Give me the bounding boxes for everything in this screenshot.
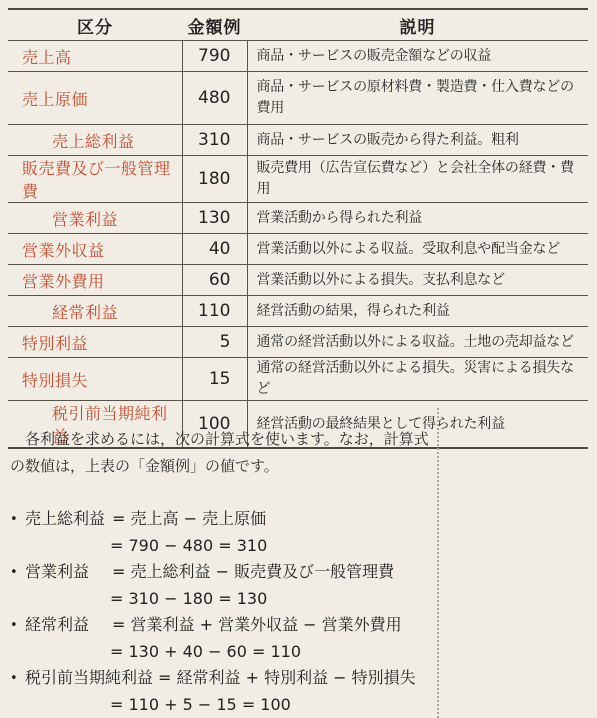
amount-cell: 5 xyxy=(182,327,247,358)
amount-cell: 310 xyxy=(182,125,247,156)
formula-line: •税引前当期純利益= 経常利益 + 特別利益 − 特別損失 xyxy=(10,665,450,692)
formula-calculation: = 130 + 40 − 60 = 110 xyxy=(110,639,450,665)
bullet-icon: • xyxy=(10,507,25,533)
amount-cell: 130 xyxy=(182,203,247,234)
scanned-textbook-page: 区分 金額例 説明 売上高 790 商品・サービスの販売金額などの収益 売上原価… xyxy=(0,0,597,718)
formula-name: 経常利益 xyxy=(25,612,107,638)
table-row-eigyorieki: 営業利益 130 営業活動から得られた利益 xyxy=(8,203,588,234)
amount-cell: 110 xyxy=(182,296,247,327)
header-amount-example: 金額例 xyxy=(182,9,247,41)
category-cell: 特別利益 xyxy=(8,327,182,358)
page-column-divider xyxy=(437,408,439,718)
amount-cell: 180 xyxy=(182,156,247,203)
formula-calculation: = 110 + 5 − 15 = 100 xyxy=(110,692,450,718)
table-row-uriagegenka: 売上原価 480 商品・サービスの原材料費・製造費・仕入費などの費用 xyxy=(8,72,588,125)
table-row-eigyogaihiyo: 営業外費用 60 営業活動以外による損失。支払利息など xyxy=(8,265,588,296)
category-cell: 売上高 xyxy=(8,41,182,72)
formula-item-operating-profit: •営業利益= 売上総利益 − 販売費及び一般管理費 = 310 − 180 = … xyxy=(10,559,450,612)
table-row-hanbaihi: 販売費及び一般管理費 180 販売費用（広告宣伝費など）と会社全体の経費・費用 xyxy=(8,156,588,203)
category-cell: 営業外収益 xyxy=(8,234,182,265)
formula-list: •売上総利益= 売上高 − 売上原価 = 790 − 480 = 310 •営業… xyxy=(10,506,450,718)
table-header-row: 区分 金額例 説明 xyxy=(8,9,588,41)
formula-calculation: = 790 − 480 = 310 xyxy=(110,533,450,559)
formula-name: 売上総利益 xyxy=(25,506,107,532)
formula-expression: = 売上総利益 − 販売費及び一般管理費 xyxy=(112,562,394,581)
bullet-icon: • xyxy=(10,560,25,586)
intro-paragraph: 各利益を求めるには，次の計算式を使います。なお，計算式の数値は，上表の「金額例」… xyxy=(10,426,438,480)
description-cell: 営業活動から得られた利益 xyxy=(247,203,588,234)
description-cell: 通常の経営活動以外による収益。土地の売却益など xyxy=(247,327,588,358)
category-cell: 販売費及び一般管理費 xyxy=(8,156,182,203)
category-cell: 売上総利益 xyxy=(8,125,182,156)
formula-expression: = 売上高 − 売上原価 xyxy=(112,509,266,528)
category-cell: 営業利益 xyxy=(8,203,182,234)
table-row-tokubetsurieki: 特別利益 5 通常の経営活動以外による収益。土地の売却益など xyxy=(8,327,588,358)
table-row-uriagesorieki: 売上総利益 310 商品・サービスの販売から得た利益。粗利 xyxy=(8,125,588,156)
formula-calculation: = 310 − 180 = 130 xyxy=(110,586,450,612)
description-cell: 経営活動の結果，得られた利益 xyxy=(247,296,588,327)
description-cell: 商品・サービスの原材料費・製造費・仕入費などの費用 xyxy=(247,72,588,125)
description-cell: 販売費用（広告宣伝費など）と会社全体の経費・費用 xyxy=(247,156,588,203)
description-cell: 商品・サービスの販売金額などの収益 xyxy=(247,41,588,72)
table-row-keijorieki: 経常利益 110 経営活動の結果，得られた利益 xyxy=(8,296,588,327)
category-cell: 営業外費用 xyxy=(8,265,182,296)
description-cell: 営業活動以外による損失。支払利息など xyxy=(247,265,588,296)
amount-cell: 480 xyxy=(182,72,247,125)
formula-name: 営業利益 xyxy=(25,559,107,585)
formula-line: •売上総利益= 売上高 − 売上原価 xyxy=(10,506,450,533)
bullet-icon: • xyxy=(10,613,25,639)
explanation-section: 各利益を求めるには，次の計算式を使います。なお，計算式の数値は，上表の「金額例」… xyxy=(10,390,450,718)
formula-item-pretax-profit: •税引前当期純利益= 経常利益 + 特別利益 − 特別損失 = 110 + 5 … xyxy=(10,665,450,718)
amount-cell: 40 xyxy=(182,234,247,265)
category-cell: 経常利益 xyxy=(8,296,182,327)
description-cell: 営業活動以外による収益。受取利息や配当金など xyxy=(247,234,588,265)
formula-item-ordinary-profit: •経常利益= 営業利益 + 営業外収益 − 営業外費用 = 130 + 40 −… xyxy=(10,612,450,665)
formula-line: •経常利益= 営業利益 + 営業外収益 − 営業外費用 xyxy=(10,612,450,639)
amount-cell: 790 xyxy=(182,41,247,72)
income-statement-table: 区分 金額例 説明 売上高 790 商品・サービスの販売金額などの収益 売上原価… xyxy=(8,8,588,449)
formula-expression: = 営業利益 + 営業外収益 − 営業外費用 xyxy=(112,615,402,634)
header-category: 区分 xyxy=(8,9,182,41)
category-cell: 売上原価 xyxy=(8,72,182,125)
table-row-eigyogaishueki: 営業外収益 40 営業活動以外による収益。受取利息や配当金など xyxy=(8,234,588,265)
description-cell: 商品・サービスの販売から得た利益。粗利 xyxy=(247,125,588,156)
formula-name: 税引前当期純利益 xyxy=(25,665,153,691)
table-row-uriagedaka: 売上高 790 商品・サービスの販売金額などの収益 xyxy=(8,41,588,72)
formula-line: •営業利益= 売上総利益 − 販売費及び一般管理費 xyxy=(10,559,450,586)
amount-cell: 60 xyxy=(182,265,247,296)
header-description: 説明 xyxy=(247,9,588,41)
bullet-icon: • xyxy=(10,666,25,692)
formula-expression: = 経常利益 + 特別利益 − 特別損失 xyxy=(158,668,416,687)
formula-item-gross-profit: •売上総利益= 売上高 − 売上原価 = 790 − 480 = 310 xyxy=(10,506,450,559)
